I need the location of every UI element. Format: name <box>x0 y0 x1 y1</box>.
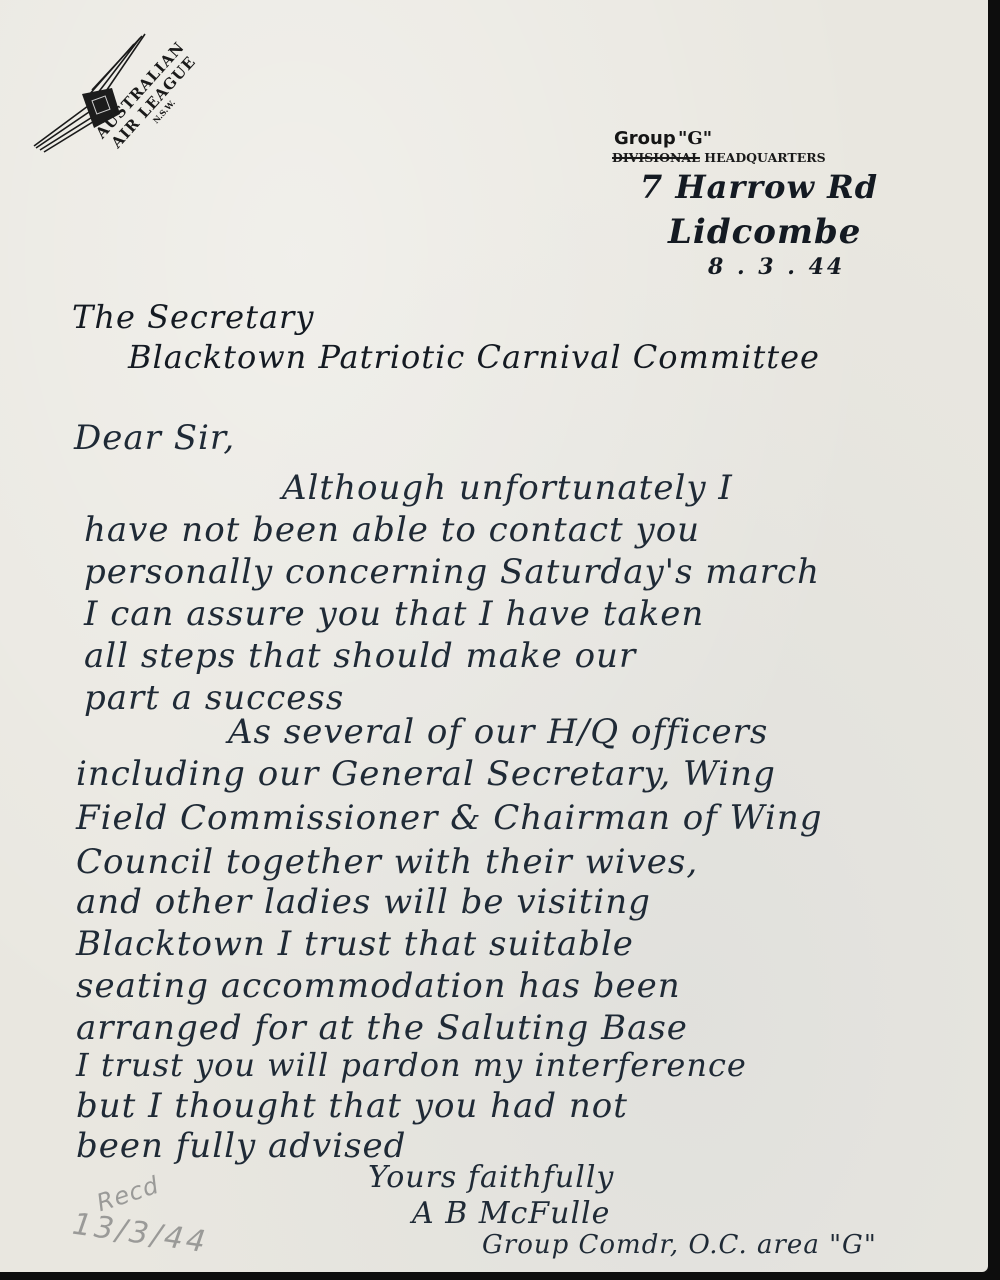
hq-printed-word: HEADQUARTERS <box>704 150 825 165</box>
body-line: arranged for at the Saluting Base <box>76 1008 688 1048</box>
recipient-line2: Blacktown Patriotic Carnival Committee <box>128 338 820 376</box>
body-line: personally concerning Saturday's march <box>84 552 820 592</box>
sender-suburb: Lidcombe <box>668 212 861 252</box>
signature-title: Group Comdr, O.C. area "G" <box>482 1230 877 1260</box>
scan-border-bottom <box>0 1272 1000 1280</box>
hq-printed-line: DIVISIONAL HEADQUARTERS <box>612 150 826 165</box>
letterhead-logo: AUSTRALIAN AIR LEAGUE N.S.W. <box>30 30 220 200</box>
closing: Yours faithfully <box>368 1160 614 1195</box>
body-line: but I thought that you had not <box>76 1086 628 1126</box>
body-line: and other ladies will be visiting <box>76 882 651 922</box>
body-line: Blacktown I trust that suitable <box>76 924 634 964</box>
recipient-line1: The Secretary <box>72 298 314 336</box>
body-line: I trust you will pardon my interference <box>76 1046 747 1084</box>
body-line: including our General Secretary, Wing <box>76 754 776 794</box>
body-line: been fully advised <box>76 1126 406 1166</box>
sender-street: 7 Harrow Rd <box>640 168 878 206</box>
body-line: all steps that should make our <box>84 636 636 676</box>
hq-struck-word: DIVISIONAL <box>612 150 700 165</box>
hq-handwritten-prefix: Group <box>614 128 676 149</box>
body-line: As several of our H/Q officers <box>228 712 768 752</box>
scan-border-right <box>988 0 1000 1280</box>
hq-group-letter: "G" <box>678 128 712 149</box>
body-line: Field Commissioner & Chairman of Wing <box>76 798 823 838</box>
body-line: I can assure you that I have taken <box>84 594 704 634</box>
salutation: Dear Sir, <box>74 418 235 458</box>
signature: A B McFulle <box>412 1196 610 1231</box>
body-line: Although unfortunately I <box>282 468 733 508</box>
body-line: have not been able to contact you <box>84 510 700 550</box>
letter-date: 8 . 3 . 44 <box>708 254 845 280</box>
body-line: seating accommodation has been <box>76 966 681 1006</box>
body-line: Council together with their wives, <box>76 842 698 882</box>
